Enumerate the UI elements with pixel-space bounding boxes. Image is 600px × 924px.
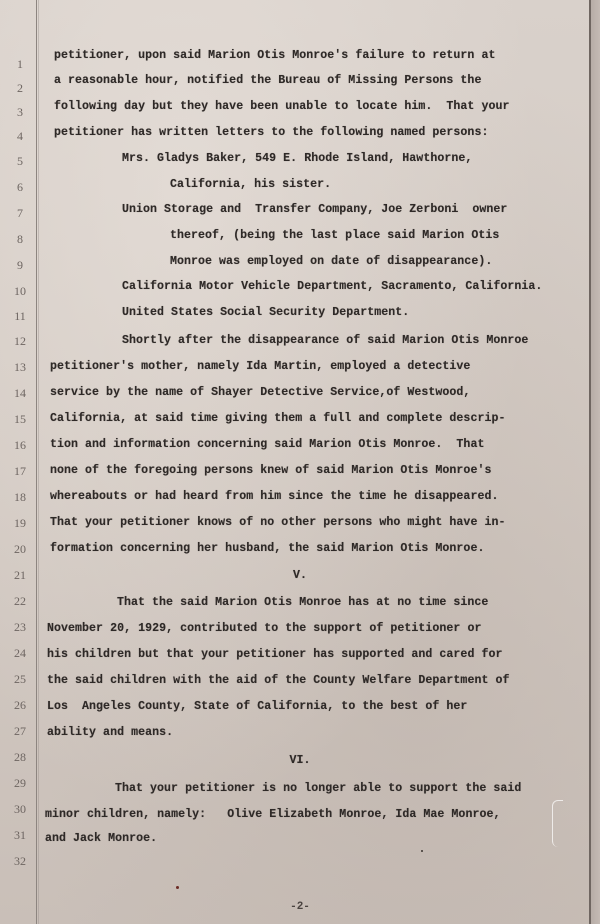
text-line: tion and information concerning said Mar… [50,438,484,451]
line-number: 32 [12,854,28,869]
document-page: 1234567891011121314151617181920212223242… [0,0,600,924]
line-number: 15 [12,412,28,427]
line-number: 9 [12,258,28,273]
text-line: whereabouts or had heard from him since … [50,490,498,503]
text-line: That the said Marion Otis Monroe has at … [117,596,488,609]
text-line: Los Angeles County, State of California,… [47,700,467,713]
text-line: and Jack Monroe. [45,832,157,845]
line-number: 7 [12,206,28,221]
text-line: That your petitioner is no longer able t… [115,782,521,795]
text-line: Monroe was employed on date of disappear… [170,255,492,268]
text-line: a reasonable hour, notified the Bureau o… [54,74,481,87]
section-heading: V. [0,569,600,582]
text-line: California Motor Vehicle Department, Sac… [122,280,542,293]
line-number: 18 [12,490,28,505]
line-number: 22 [12,594,28,609]
line-number: 16 [12,438,28,453]
line-number: 4 [12,129,28,144]
line-number: 12 [12,334,28,349]
ink-speck [176,886,179,889]
line-number: 3 [12,105,28,120]
line-number: 27 [12,724,28,739]
line-number: 31 [12,828,28,843]
line-number: 24 [12,646,28,661]
text-line: service by the name of Shayer Detective … [50,386,470,399]
line-number: 10 [12,284,28,299]
right-page-edge [591,0,600,924]
page-number: -2- [0,901,600,913]
line-number: 1 [12,57,28,72]
text-line: California, at said time giving them a f… [50,412,505,425]
line-number: 5 [12,154,28,169]
line-number: 2 [12,81,28,96]
text-line: Shortly after the disappearance of said … [122,334,528,347]
text-line: United States Social Security Department… [122,306,409,319]
line-number: 13 [12,360,28,375]
line-number: 20 [12,542,28,557]
line-number: 23 [12,620,28,635]
text-line: formation concerning her husband, the sa… [50,542,484,555]
text-line: Union Storage and Transfer Company, Joe … [122,203,507,216]
line-number: 17 [12,464,28,479]
line-number: 26 [12,698,28,713]
left-margin-rule [36,0,37,924]
text-line: petitioner has written letters to the fo… [54,126,488,139]
text-line: Mrs. Gladys Baker, 549 E. Rhode Island, … [122,152,472,165]
line-number: 6 [12,180,28,195]
line-number: 14 [12,386,28,401]
section-heading: VI. [0,754,600,767]
line-number: 29 [12,776,28,791]
scratch-mark [552,800,563,847]
text-line: ability and means. [47,726,173,739]
text-line: November 20, 1929, contributed to the su… [47,622,481,635]
line-number: 8 [12,232,28,247]
line-number: 25 [12,672,28,687]
line-number: 30 [12,802,28,817]
line-number: 19 [12,516,28,531]
text-line: minor children, namely: Olive Elizabeth … [45,808,500,821]
text-line: petitioner, upon said Marion Otis Monroe… [54,49,495,62]
text-line: following day but they have been unable … [54,100,509,113]
text-line: his children but that your petitioner ha… [47,648,502,661]
ink-speck [421,850,423,852]
text-line: the said children with the aid of the Co… [47,674,510,687]
text-line: California, his sister. [170,178,331,191]
text-line: thereof, (being the last place said Mari… [170,229,499,242]
text-line: petitioner's mother, namely Ida Martin, … [50,360,470,373]
line-number: 11 [12,309,28,324]
text-line: none of the foregoing persons knew of sa… [50,464,491,477]
text-line: That your petitioner knows of no other p… [50,516,505,529]
